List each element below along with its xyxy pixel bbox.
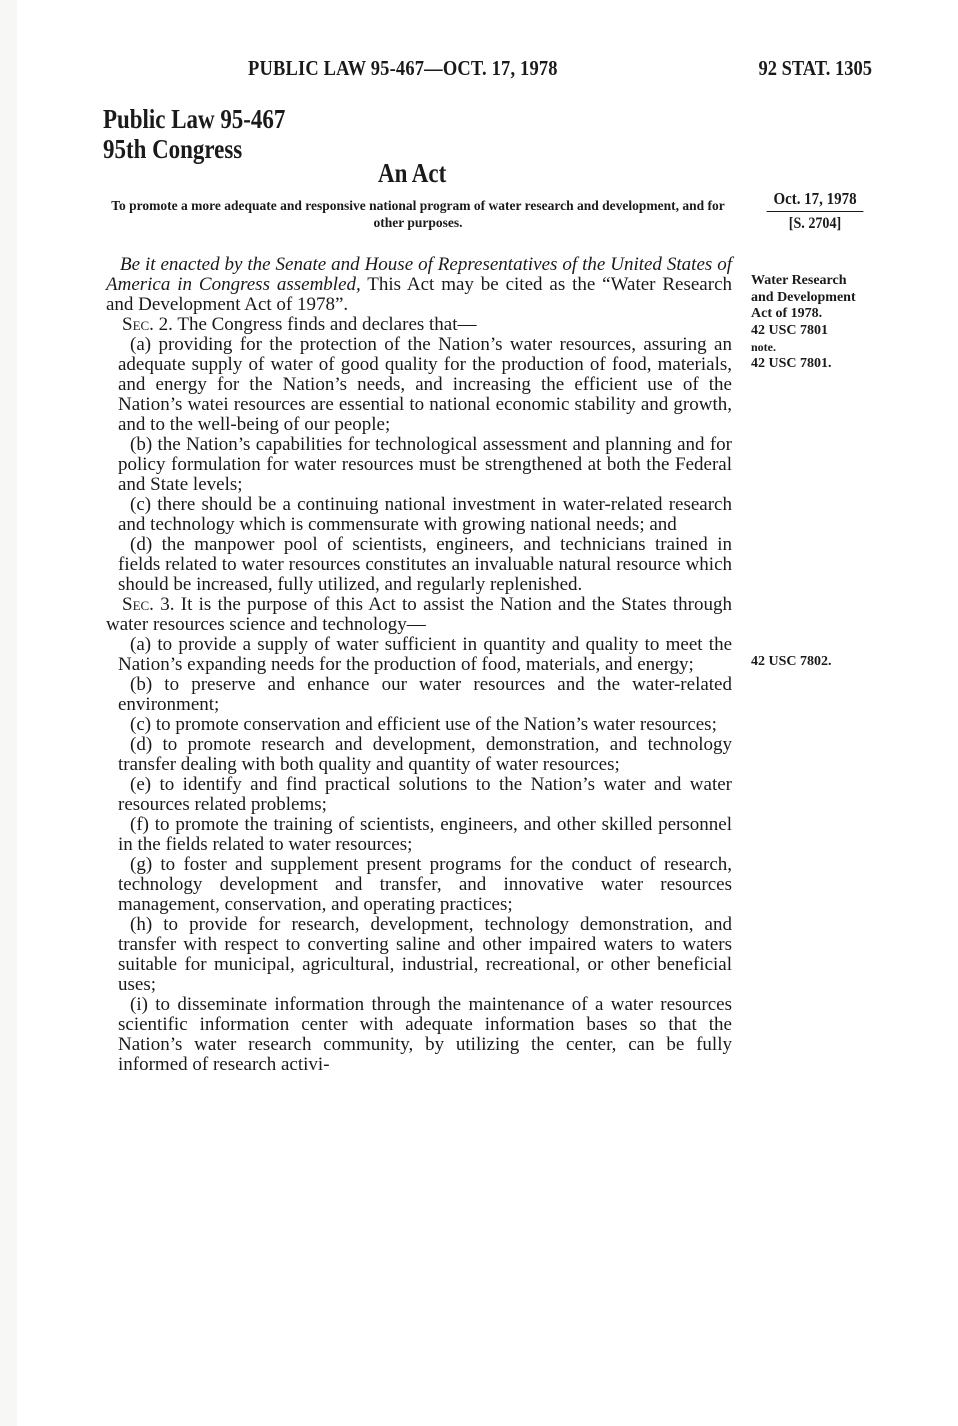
margin-notes-sec1: Water Research and Development Act of 19… <box>751 273 856 372</box>
scan-page-edge <box>0 0 17 1426</box>
section-3-item-d: (d) to promote research and development,… <box>106 735 732 775</box>
section-3-intro: It is the purpose of this Act to assist … <box>106 594 732 635</box>
section-3-item-g: (g) to foster and supplement present pro… <box>106 855 732 915</box>
enacting-clause: Be it enacted by the Senate and House of… <box>106 255 732 315</box>
section-2-label: Sec. 2. <box>122 314 173 335</box>
law-title: Public Law 95-467 95th Congress <box>103 104 285 164</box>
section-3-item-a: (a) to provide a supply of water suffici… <box>106 635 732 675</box>
act-body: Be it enacted by the Senate and House of… <box>106 255 732 1075</box>
margin-short-title-1: Water Research <box>751 273 856 290</box>
section-3-item-f: (f) to promote the training of scientist… <box>106 815 732 855</box>
section-3-item-e: (e) to identify and find practical solut… <box>106 775 732 815</box>
section-2-intro: The Congress finds and declares that— <box>173 314 477 335</box>
margin-usc-note: 42 USC 7801 <box>751 323 856 340</box>
act-purpose: To promote a more adequate and responsiv… <box>103 197 733 231</box>
enactment-date: Oct. 17, 1978 <box>767 189 864 212</box>
margin-note-label: note. <box>751 339 856 356</box>
public-law-number: Public Law 95-467 <box>103 104 285 134</box>
date-box: Oct. 17, 1978 [S. 2704] <box>767 189 864 233</box>
section-2-heading: Sec. 2. The Congress finds and declares … <box>106 315 732 335</box>
bill-number: [S. 2704] <box>767 212 864 233</box>
section-2-item-c: (c) there should be a continuing nationa… <box>106 495 732 535</box>
running-head: PUBLIC LAW 95-467—OCT. 17, 1978 <box>248 56 558 81</box>
section-3-item-b: (b) to preserve and enhance our water re… <box>106 675 732 715</box>
section-3-heading: Sec. 3. It is the purpose of this Act to… <box>106 595 732 635</box>
section-2-item-b: (b) the Nation’s capabilities for techno… <box>106 435 732 495</box>
section-3-item-i: (i) to disseminate information through t… <box>106 995 732 1075</box>
section-3-item-c: (c) to promote conservation and efficien… <box>106 715 732 735</box>
margin-short-title-2: and Development <box>751 290 856 307</box>
section-2-item-d: (d) the manpower pool of scientists, eng… <box>106 535 732 595</box>
margin-short-title-3: Act of 1978. <box>751 306 856 323</box>
statute-reference: 92 STAT. 1305 <box>759 56 872 81</box>
section-3-label: Sec. 3. <box>122 594 174 615</box>
section-3-item-h: (h) to provide for research, development… <box>106 915 732 995</box>
margin-usc-sec3: 42 USC 7802. <box>751 654 832 670</box>
congress-number: 95th Congress <box>103 134 285 164</box>
act-heading: An Act <box>378 158 446 189</box>
margin-usc-sec2: 42 USC 7801. <box>751 356 856 373</box>
section-2-item-a: (a) providing for the protection of the … <box>106 335 732 435</box>
